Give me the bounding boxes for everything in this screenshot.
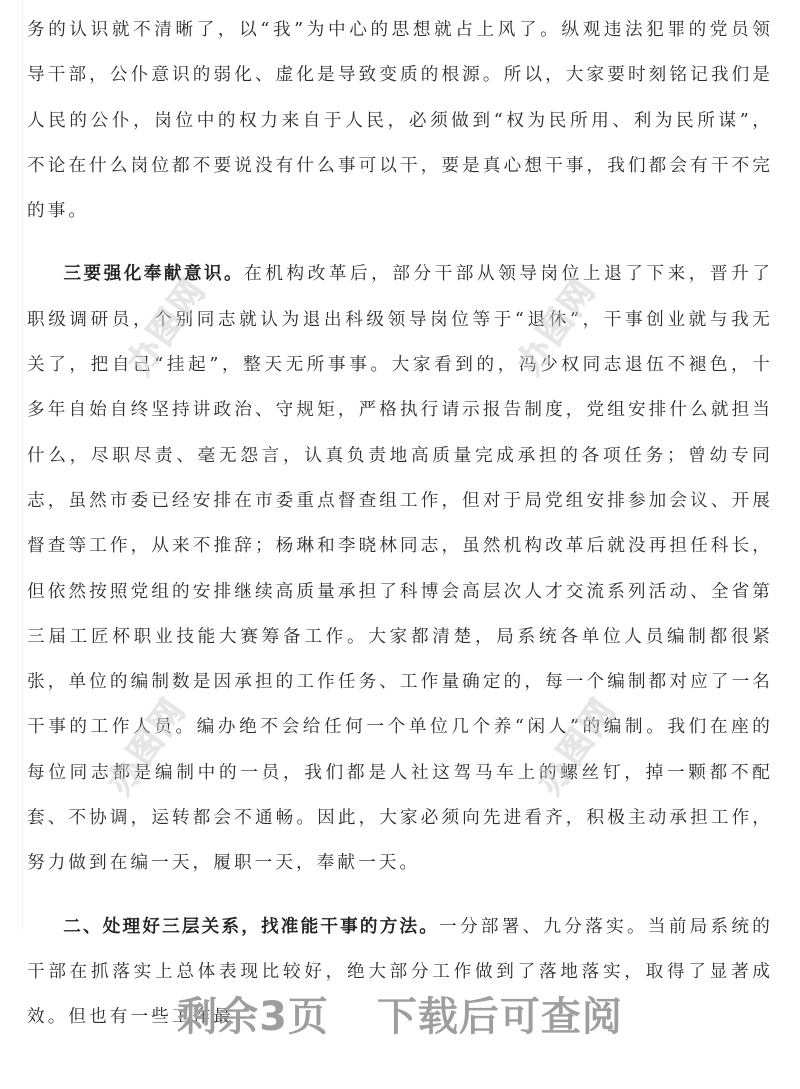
- paragraph-2: 三要强化奉献意识。在机构改革后，部分干部从领导岗位上退了下来，晋升了职级调研员，…: [27, 251, 773, 886]
- remaining-pages-label[interactable]: 剩余3页: [177, 985, 329, 1042]
- document-page: 务的认识就不清晰了，以“我”为中心的思想就占上风了。纵观违法犯罪的党员领导干部，…: [0, 0, 800, 1089]
- section-heading: 二、处理好三层关系，找准能干事的方法。: [63, 916, 439, 937]
- download-prompt[interactable]: 剩余3页下载后可查阅: [0, 985, 800, 1042]
- paragraph-heading: 三要强化奉献意识。: [63, 263, 244, 284]
- page-edge-divider: [22, 0, 23, 930]
- paragraph-text: 在机构改革后，部分干部从领导岗位上退了下来，晋升了职级调研员，个别同志就认为退出…: [27, 264, 773, 873]
- paragraph-1: 务的认识就不清晰了，以“我”为中心的思想就占上风了。纵观违法犯罪的党员领导干部，…: [27, 8, 773, 234]
- document-body: 务的认识就不清晰了，以“我”为中心的思想就占上风了。纵观违法犯罪的党员领导干部，…: [27, 8, 773, 1041]
- download-hint-label[interactable]: 下载后可查阅: [377, 985, 623, 1042]
- paragraph-text: 务的认识就不清晰了，以“我”为中心的思想就占上风了。纵观违法犯罪的党员领导干部，…: [27, 20, 773, 221]
